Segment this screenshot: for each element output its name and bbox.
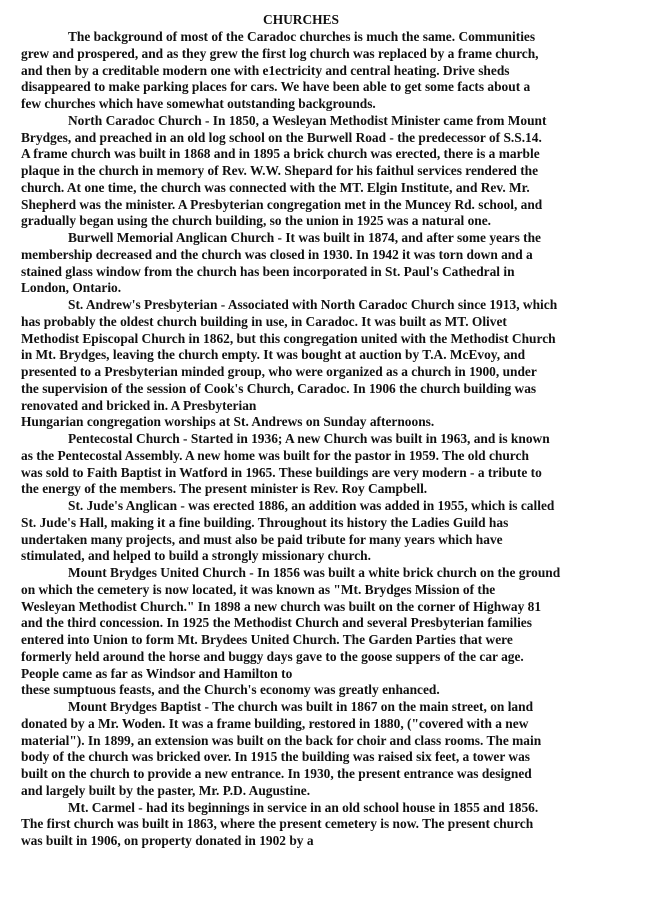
- paragraph-first-line: Mount Brydges United Church - In 1856 wa…: [21, 565, 641, 582]
- paragraph-first-line: Mt. Carmel - had its beginnings in servi…: [21, 800, 641, 817]
- text-line: disappeared to make parking places for c…: [21, 79, 641, 96]
- text-line: these sumptuous feasts, and the Church's…: [21, 682, 641, 699]
- text-line: A frame church was built in 1868 and in …: [21, 146, 641, 163]
- text-line: stimulated, and helped to build a strong…: [21, 548, 641, 565]
- text-line: renovated and bricked in. A Presbyterian: [21, 398, 641, 415]
- text-line: Shepherd was the minister. A Presbyteria…: [21, 197, 641, 214]
- page-title: CHURCHES: [21, 11, 581, 29]
- text-line: few churches which have somewhat outstan…: [21, 96, 641, 113]
- text-line: and then by a creditable modern one with…: [21, 63, 641, 80]
- text-line: undertaken many projects, and must also …: [21, 532, 641, 549]
- text-line: body of the church was bricked over. In …: [21, 749, 641, 766]
- paragraph-first-line: Pentecostal Church - Started in 1936; A …: [21, 431, 641, 448]
- paragraph-first-line: North Caradoc Church - In 1850, a Wesley…: [21, 113, 641, 130]
- text-line: Brydges, and preached in an old log scho…: [21, 130, 641, 147]
- text-line: membership decreased and the church was …: [21, 247, 641, 264]
- text-line: church. At one time, the church was conn…: [21, 180, 641, 197]
- text-line: and the third concession. In 1925 the Me…: [21, 615, 641, 632]
- text-line: was sold to Faith Baptist in Watford in …: [21, 465, 641, 482]
- text-line: the supervision of the session of Cook's…: [21, 381, 641, 398]
- text-line: presented to a Presbyterian minded group…: [21, 364, 641, 381]
- text-line: in Mt. Brydges, leaving the church empty…: [21, 347, 641, 364]
- text-line: plaque in the church in memory of Rev. W…: [21, 163, 641, 180]
- paragraph-first-line: St. Andrew's Presbyterian - Associated w…: [21, 297, 641, 314]
- text-line: entered into Union to form Mt. Brydees U…: [21, 632, 641, 649]
- text-line: donated by a Mr. Woden. It was a frame b…: [21, 716, 641, 733]
- text-line: stained glass window from the church has…: [21, 264, 641, 281]
- text-line: Hungarian congregation worships at St. A…: [21, 414, 641, 431]
- text-line: The first church was built in 1863, wher…: [21, 816, 641, 833]
- document-body: The background of most of the Caradoc ch…: [21, 29, 641, 850]
- text-line: grew and prospered, and as they grew the…: [21, 46, 641, 63]
- text-line: St. Jude's Hall, making it a fine buildi…: [21, 515, 641, 532]
- text-line: formerly held around the horse and buggy…: [21, 649, 641, 666]
- text-line: London, Ontario.: [21, 280, 641, 297]
- text-line: People came as far as Windsor and Hamilt…: [21, 666, 641, 683]
- text-line: the energy of the members. The present m…: [21, 481, 641, 498]
- text-line: was built in 1906, on property donated i…: [21, 833, 641, 850]
- text-line: gradually began using the church buildin…: [21, 213, 641, 230]
- text-line: as the Pentecostal Assembly. A new home …: [21, 448, 641, 465]
- paragraph-first-line: The background of most of the Caradoc ch…: [21, 29, 641, 46]
- text-line: Wesleyan Methodist Church." In 1898 a ne…: [21, 599, 641, 616]
- text-line: has probably the oldest church building …: [21, 314, 641, 331]
- paragraph-first-line: Mount Brydges Baptist - The church was b…: [21, 699, 641, 716]
- text-line: and largely built by the paster, Mr. P.D…: [21, 783, 641, 800]
- text-line: material"). In 1899, an extension was bu…: [21, 733, 641, 750]
- document-page: CHURCHES The background of most of the C…: [0, 0, 641, 850]
- paragraph-first-line: Burwell Memorial Anglican Church - It wa…: [21, 230, 641, 247]
- text-line: built on the church to provide a new ent…: [21, 766, 641, 783]
- text-line: on which the cemetery is now located, it…: [21, 582, 641, 599]
- text-line: Methodist Episcopal Church in 1862, but …: [21, 331, 641, 348]
- paragraph-first-line: St. Jude's Anglican - was erected 1886, …: [21, 498, 641, 515]
